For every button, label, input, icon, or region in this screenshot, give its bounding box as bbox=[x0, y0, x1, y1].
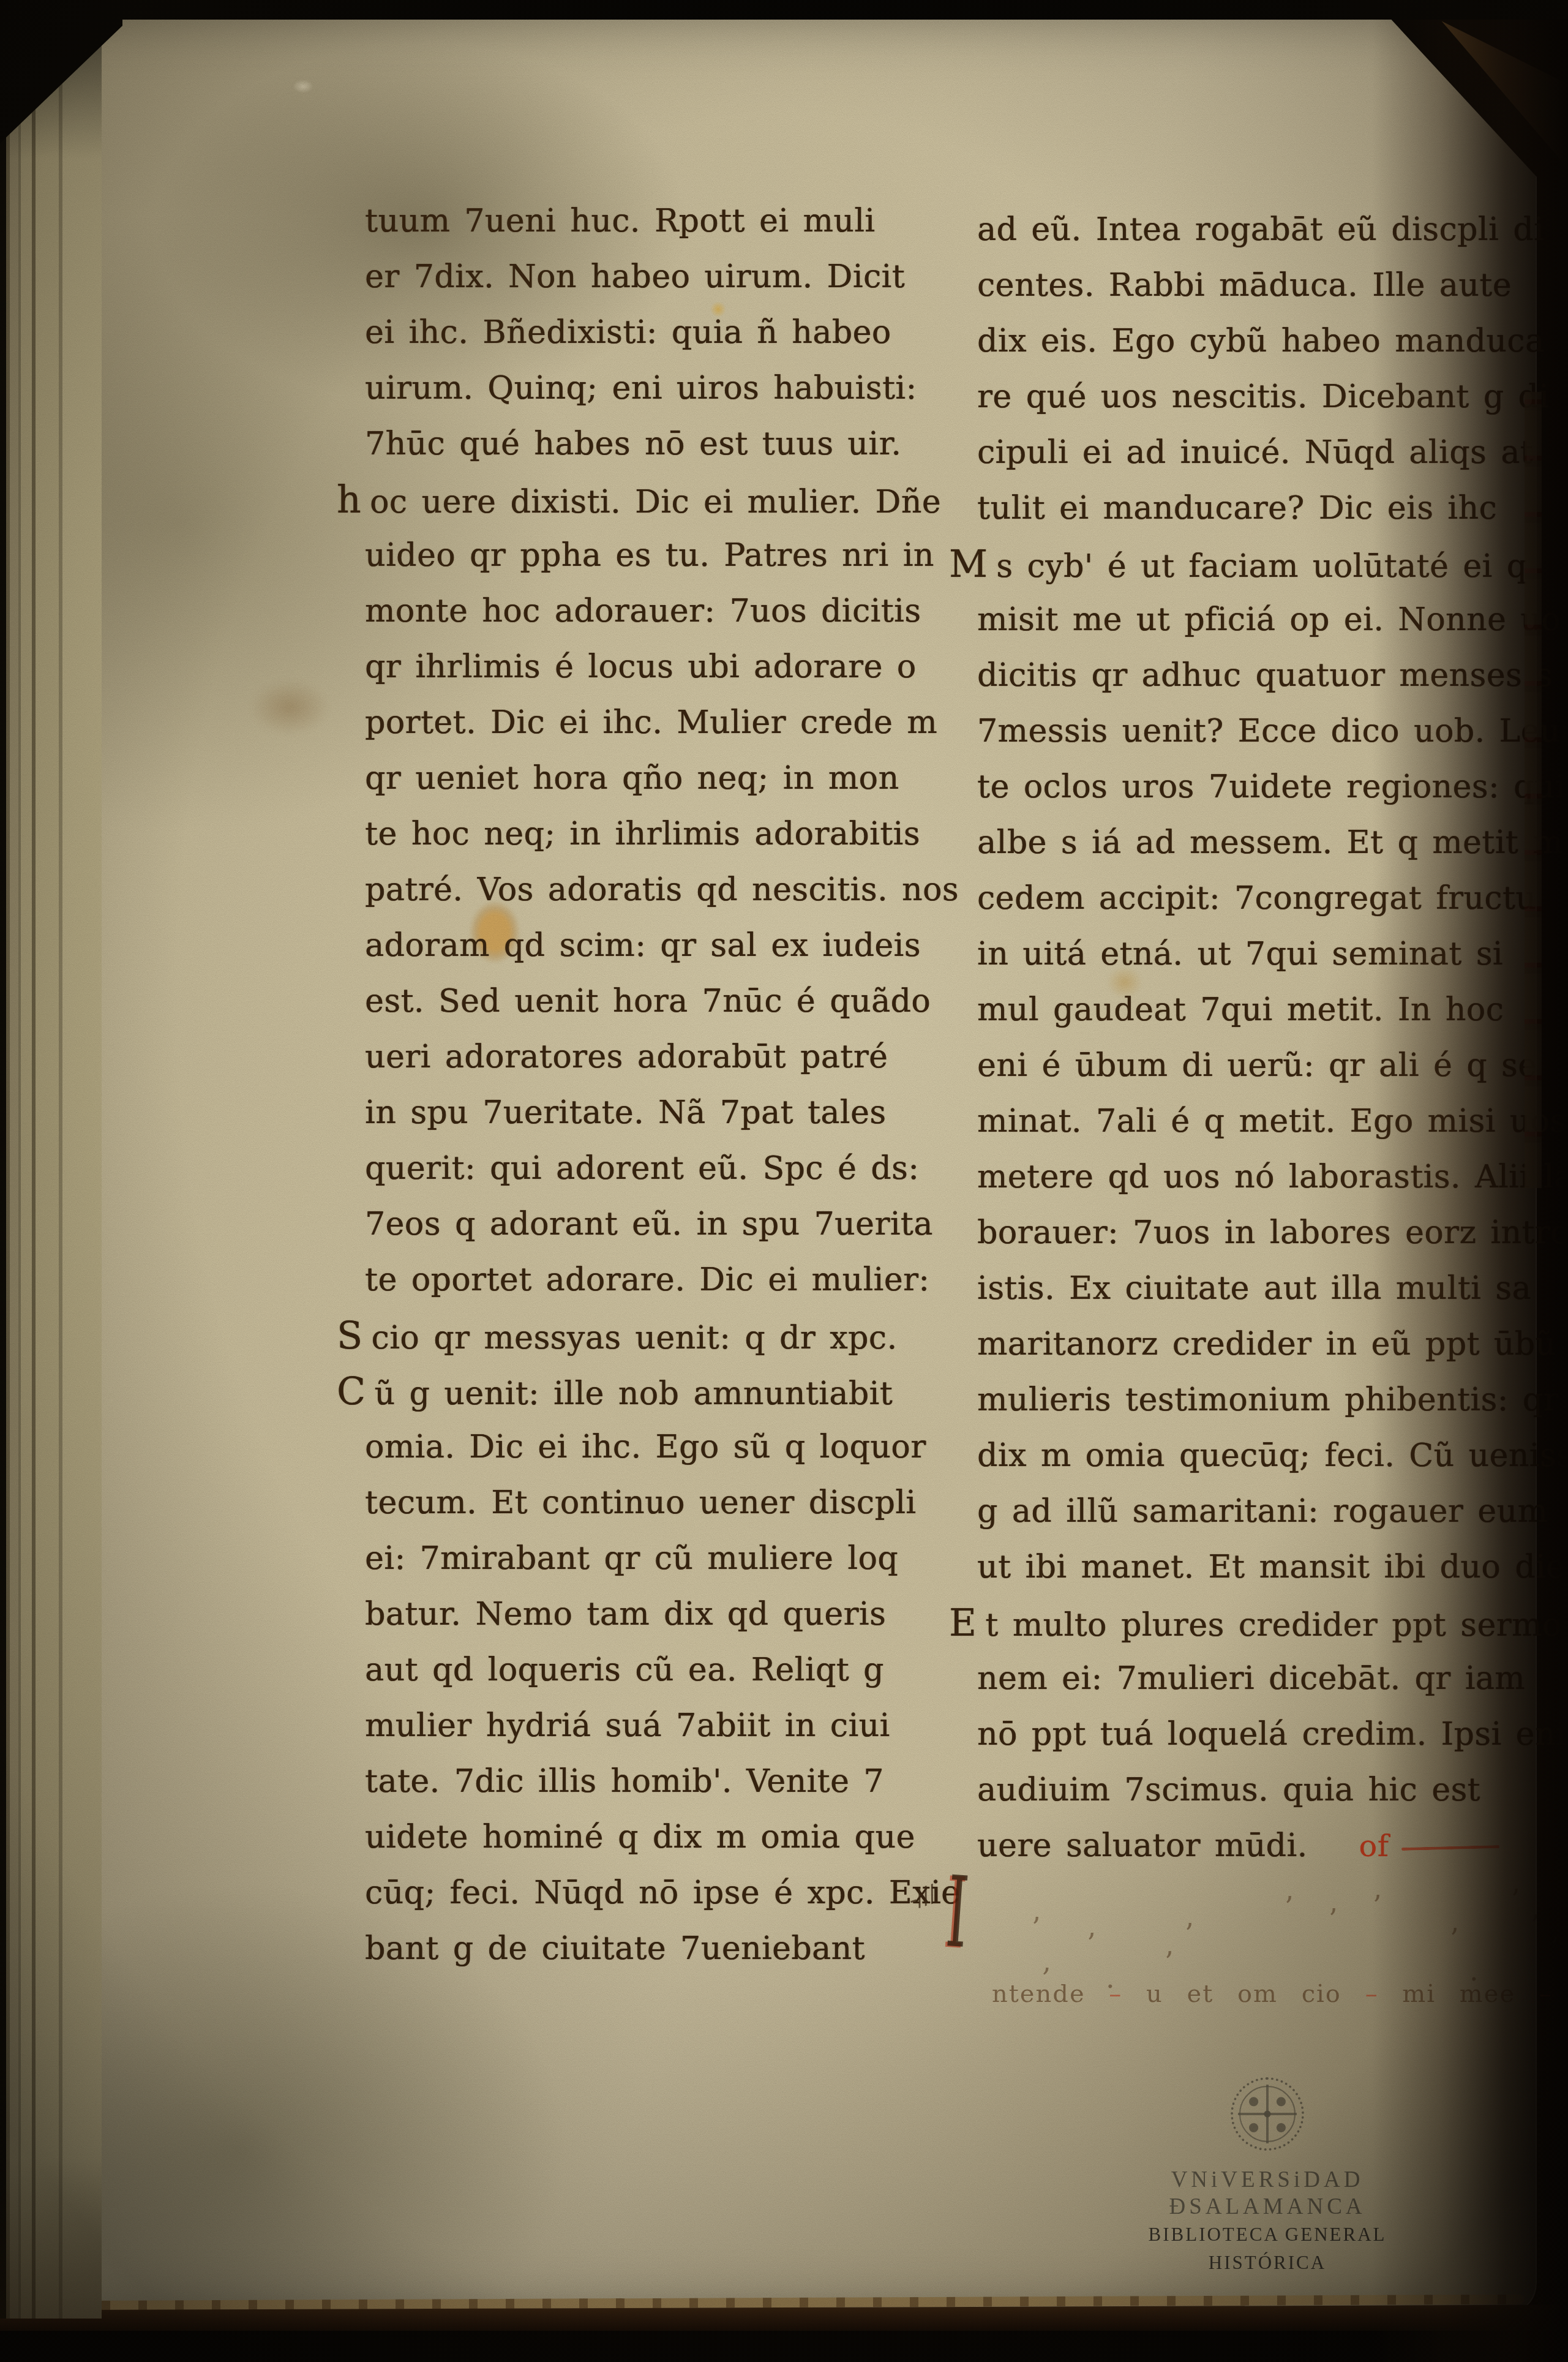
photo-background-bottom bbox=[0, 2331, 1568, 2362]
manuscript-text-line: uideo qr ppha es tu. Patres nri in bbox=[338, 528, 962, 584]
photo-background-top bbox=[0, 0, 1568, 20]
neume-mark: ’ bbox=[1185, 1917, 1194, 1950]
manuscript-text-line: uirum. Quinq; eni uiros habuisti: bbox=[338, 361, 962, 416]
manuscript-text-line: tecum. Et continuo uener discpli bbox=[338, 1475, 962, 1531]
manuscript-text-line: 7hūc qué habes nō est tuus uir. bbox=[338, 416, 962, 472]
manuscript-text-line: Cũ g uenit: ille nob amnuntiabit bbox=[338, 1364, 962, 1420]
manuscript-text-line: ei: 7mirabant qr cũ muliere loq bbox=[338, 1531, 962, 1587]
medieval-manuscript-page-photo: tuum 7ueni huc. Rpott ei mulier 7dix. No… bbox=[0, 0, 1568, 2362]
chant-segment: u et om cio bbox=[1146, 1980, 1365, 2008]
manuscript-text-line: querit: qui adorent eũ. Spc é ds: bbox=[338, 1141, 962, 1197]
parchment-stain bbox=[250, 680, 329, 735]
chant-segment: ntende bbox=[992, 1980, 1109, 2008]
manuscript-text-line: adoram qd scim: qr sal ex iudeis bbox=[338, 918, 962, 974]
manuscript-text-line: 7eos q adorant eũ. in spu 7uerita bbox=[338, 1197, 962, 1252]
neume-mark: ‚ bbox=[1042, 1944, 1051, 1977]
manuscript-text-line: batur. Nemo tam dix qd queris bbox=[338, 1587, 962, 1642]
quire-mark: -/// bbox=[905, 1879, 939, 1913]
neume-mark: ’ bbox=[1329, 1903, 1338, 1936]
manuscript-text-line: qr ueniet hora qño neq; in mon bbox=[338, 751, 962, 807]
university-seal-icon bbox=[1231, 2077, 1304, 2151]
neume-mark: ’ bbox=[1165, 1946, 1174, 1979]
manuscript-text-line: te oportet adorare. Dic ei mulier: bbox=[338, 1252, 962, 1308]
neume-mark: ’ bbox=[1285, 1890, 1294, 1924]
manuscript-text-line: ei ihc. Bñedixisti: quia ñ habeo bbox=[338, 305, 962, 361]
manuscript-text-line: te hoc neq; in ihrlimis adorabitis bbox=[338, 807, 962, 862]
faded-red-initial: I bbox=[943, 1863, 972, 1962]
parchment-flaw bbox=[293, 80, 313, 93]
manuscript-text-line: aut qd loqueris cũ ea. Reliqt g bbox=[338, 1642, 962, 1698]
manuscript-text-line: er 7dix. Non habeo uirum. Dicit bbox=[338, 249, 962, 305]
manuscript-text-line: mulier hydriá suá 7abiit in ciui bbox=[338, 1698, 962, 1754]
manuscript-text-line: bant g de ciuitate 7ueniebant bbox=[338, 1921, 962, 1977]
left-text-column: tuum 7ueni huc. Rpott ei mulier 7dix. No… bbox=[338, 194, 962, 1977]
neume-mark: ’ bbox=[1087, 1927, 1096, 1960]
manuscript-text-line: cūq; feci. Nūqd nō ipse é xpc. Exie bbox=[338, 1865, 962, 1921]
book-page-stack-edge bbox=[0, 21, 102, 2319]
gutter-shadow bbox=[1372, 0, 1568, 2362]
manuscript-text-line: tate. 7dic illis homib'. Venite 7 bbox=[338, 1754, 962, 1810]
manuscript-text-line: hoc uere dixisti. Dic ei mulier. Dñe bbox=[338, 472, 962, 528]
manuscript-text-line: portet. Dic ei ihc. Mulier crede m bbox=[338, 695, 962, 751]
manuscript-text-line: est. Sed uenit hora 7nūc é quãdo bbox=[338, 974, 962, 1029]
neume-mark: ’ bbox=[1032, 1911, 1041, 1944]
chant-segment: – bbox=[1109, 1980, 1146, 2008]
manuscript-text-line: omia. Dic ei ihc. Ego sũ q loquor bbox=[338, 1420, 962, 1475]
manuscript-text-line: uidete hominé q dix m omia que bbox=[338, 1810, 962, 1865]
manuscript-text-line: Scio qr messyas uenit: q dr xpc. bbox=[338, 1308, 962, 1364]
manuscript-text-line: ueri adoratores adorabūt patré bbox=[338, 1029, 962, 1085]
manuscript-text-line: monte hoc adorauer: 7uos dicitis bbox=[338, 584, 962, 639]
manuscript-text-line: tuum 7ueni huc. Rpott ei muli bbox=[338, 194, 962, 249]
manuscript-text-line: patré. Vos adoratis qd nescitis. nos bbox=[338, 862, 962, 918]
manuscript-text-line: qr ihrlimis é locus ubi adorare o bbox=[338, 639, 962, 695]
manuscript-text-line: in spu 7ueritate. Nã 7pat tales bbox=[338, 1085, 962, 1141]
